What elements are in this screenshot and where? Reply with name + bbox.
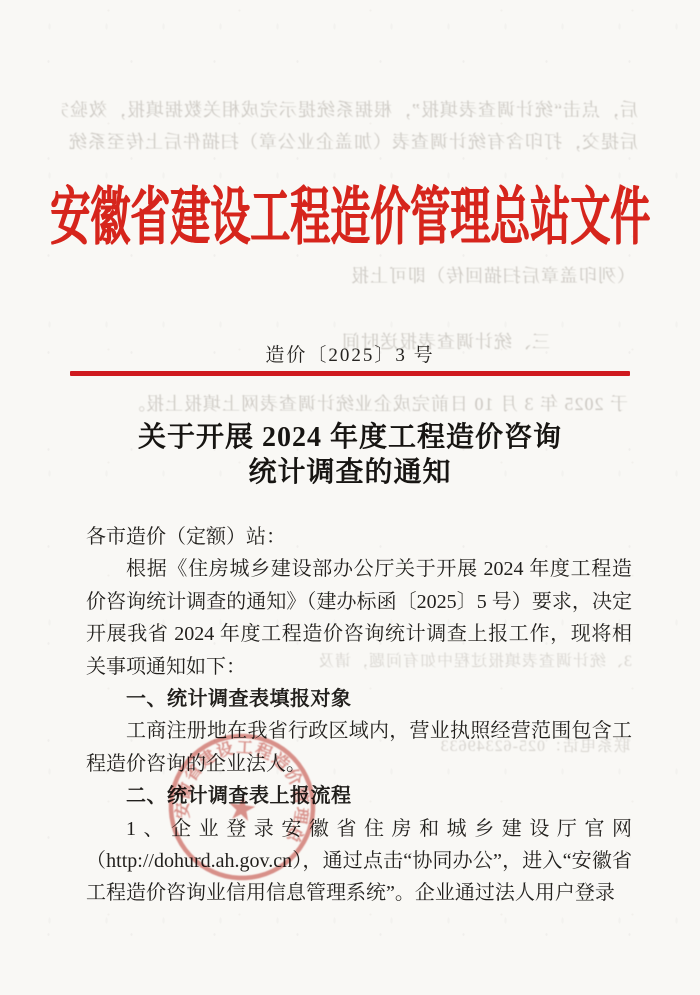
masthead-title: 安徽省建设工程造价管理总站文件 [0,184,700,250]
masthead-title-text: 安徽省建设工程造价管理总站文件 [50,167,650,257]
notice-title-line2: 统计调查的通知 [0,455,700,490]
salutation: 各市造价（定额）站： [86,521,632,553]
document-number: 造价〔2025〕3 号 [0,340,700,367]
notice-title-line1: 关于开展 2024 年度工程造价咨询 [0,420,700,455]
bleedthrough-line: （列印盖章后扫描回传）即可上报 [300,262,635,288]
scanned-document-page: 后，点击“统计调查表填报”，根据系统提示完成相关数据填报，效验完成 后提交，打印… [0,0,700,995]
paragraph: 根据《住房城乡建设部办公厅关于开展 2024 年度工程造价咨询统计调查的通知》（… [86,553,632,683]
bleedthrough-line: 后提交，打印含有统计调查表（加盖企业公章）扫描件后上传至系统 [62,128,638,154]
official-seal: 安徽省建设工程造价管理总站 ★ [152,717,333,898]
bleedthrough-line: 于 2025 年 3 月 10 日前完成企业统计调查表网上填报上报。 [72,390,628,416]
bleedthrough-line: 后，点击“统计调查表填报”，根据系统提示完成相关数据填报，效验完成 [62,96,638,122]
section-heading-1: 一、统计调查表填报对象 [86,683,632,715]
red-separator-rule [70,371,630,376]
notice-title: 关于开展 2024 年度工程造价咨询 统计调查的通知 [0,420,700,490]
seal-star-icon: ★ [224,789,259,830]
